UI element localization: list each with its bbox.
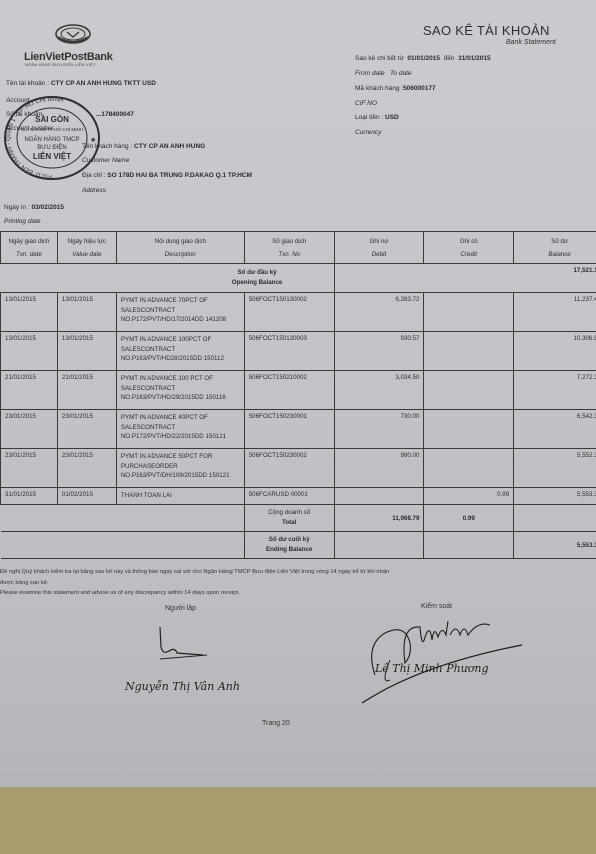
credit — [424, 449, 514, 488]
balance: 7,272.37 — [514, 371, 596, 410]
currency-label: Loại tiền : — [355, 114, 383, 121]
total-debit: 11,968.79 — [334, 505, 424, 532]
col-header-txn-no: Số giao dịchTxn. No — [244, 232, 334, 264]
credit — [424, 293, 514, 332]
note-vi-line1: Đề nghị Quý khách kiểm tra lại bảng sao … — [0, 569, 389, 575]
cif-label: CIF NO — [355, 100, 377, 107]
balance: 11,237.44 — [514, 293, 596, 332]
customer-id-line: Mã khách hàng :506000177 — [355, 85, 436, 92]
address-label-en: Address — [82, 187, 106, 194]
currency-line: Loại tiền : USD — [355, 114, 399, 121]
debit: 930.57 — [334, 332, 424, 371]
col-header-description: Nội dung giao dịchDescription — [116, 232, 244, 264]
col-header-debit: Ghi nợDebit — [334, 232, 424, 264]
print-date-line: Ngày in : 03/02/2015 — [4, 204, 64, 211]
address-value: SO 178D HAI BA TRUNG P.DAKAO Q.1 TP.HCM — [107, 172, 252, 179]
description: PYMT IN ADVANCE 100PCT OF SALESCONTRACT … — [116, 332, 244, 371]
currency-value: USD — [385, 114, 399, 121]
ending-balance-value: 5,553.36 — [514, 532, 596, 559]
value-date: 21/01/2015 — [57, 371, 116, 410]
txn-date: 13/01/2015 — [1, 332, 58, 371]
note-vi-line2: được bảng sao kê. — [0, 580, 49, 586]
txn-no: 506FOCT150130002 — [244, 293, 334, 332]
page-subtitle: Bank Statement — [506, 39, 556, 46]
account-name-value: CTY CP AN ANH HUNG TKTT USD — [51, 80, 156, 87]
preparer-name: Nguyễn Thị Vân Anh — [125, 680, 240, 693]
opening-balance-row: Số dư đầu kỳOpening Balance 17,521.16 — [1, 264, 596, 293]
period-label-en: From date To date — [355, 70, 412, 77]
currency-label-en: Currency — [355, 129, 381, 136]
description: PYMT IN ADVANCE 70PCT OF SALESCONTRACT N… — [116, 293, 244, 332]
table-row: 21/01/2015 21/01/2015 PYMT IN ADVANCE 10… — [1, 371, 596, 410]
description: PYMT IN ADVANCE 100 PCT OF SALESCONTRACT… — [116, 371, 244, 410]
value-date: 23/01/2015 — [57, 449, 116, 488]
debit: 990.00 — [334, 449, 424, 488]
period-from: 01/01/2015 — [407, 55, 440, 62]
col-header-credit: Ghi cóCredit — [424, 232, 514, 264]
period-to-word: đến — [444, 55, 455, 62]
svg-text:BƯU ĐIỆN: BƯU ĐIỆN — [37, 143, 66, 151]
total-row: Cộng doanh sốTotal 11,968.79 0.99 — [1, 505, 596, 532]
col-header-txn-date: Ngày giao dịchTxn. date — [1, 232, 58, 264]
debit: 6,283.72 — [334, 293, 424, 332]
txn-no: 506FOCT150230002 — [244, 449, 334, 488]
table-header-row: Ngày giao dịchTxn. date Ngày hiệu lựcVal… — [1, 232, 596, 264]
txn-no: 506FOCT150130003 — [244, 332, 334, 371]
txn-date: 13/01/2015 — [1, 293, 58, 332]
controller-signature-icon — [360, 615, 530, 705]
customer-name-value: CTY CP AN ANH HUNG — [134, 143, 205, 150]
print-date-label-en: Printing date — [4, 218, 41, 225]
transactions-table: Ngày giao dịchTxn. date Ngày hiệu lựcVal… — [0, 231, 596, 559]
account-name-line: Tên tài khoản : CTY CP AN ANH HUNG TKTT … — [6, 80, 156, 87]
preparer-signature-icon — [155, 625, 215, 665]
balance: 5,553.36 — [514, 488, 596, 505]
value-date: 13/01/2015 — [57, 332, 116, 371]
bank-tagline: NGÂN HÀNG BƯU ĐIỆN LIÊN VIỆT — [25, 62, 96, 67]
account-name-label: Tên tài khoản : — [6, 80, 49, 87]
controller-label: Kiểm soát — [421, 603, 452, 610]
statement-page: LienVietPostBank NGÂN HÀNG BƯU ĐIỆN LIÊN… — [0, 0, 596, 787]
description: PYMT IN ADVANCE 40PCT OF SALESCONTRACT N… — [116, 410, 244, 449]
debit: 730.00 — [334, 410, 424, 449]
balance: 10,306.87 — [514, 332, 596, 371]
address-line: Địa chỉ : SO 178D HAI BA TRUNG P.DAKAO Q… — [82, 172, 252, 179]
ending-balance-label: Số dư cuối kỳEnding Balance — [244, 532, 334, 559]
customer-id-value: 506000177 — [403, 85, 436, 92]
print-date-value: 03/02/2015 — [31, 204, 64, 211]
svg-text:CHI NHÁNH TP.HỒ CHÍ MINH: CHI NHÁNH TP.HỒ CHÍ MINH — [21, 126, 83, 132]
table-row: 13/01/2015 13/01/2015 PYMT IN ADVANCE 70… — [1, 293, 596, 332]
controller-name: Lê Thị Minh Phương — [375, 662, 489, 675]
total-label: Cộng doanh sốTotal — [244, 505, 334, 532]
customer-id-label: Mã khách hàng : — [355, 85, 403, 92]
period-to: 31/01/2015 — [458, 55, 491, 62]
page-number: Trang 20 — [262, 720, 290, 727]
note-en: Please examine this statement and advise… — [0, 590, 240, 596]
txn-no: 506FCARUSD 00001 — [244, 488, 334, 505]
svg-text:LIÊN VIỆT: LIÊN VIỆT — [33, 152, 71, 161]
txn-no: 506FOCT150210002 — [244, 371, 334, 410]
opening-balance-value: 17,521.16 — [334, 264, 596, 293]
credit — [424, 332, 514, 371]
total-credit: 0.99 — [424, 505, 514, 532]
value-date: 01/02/2015 — [57, 488, 116, 505]
period-label: Sao kê chi tiết từ — [355, 55, 404, 62]
svg-text:NGÂN HÀNG TMCP: NGÂN HÀNG TMCP — [25, 136, 80, 143]
txn-date: 23/01/2015 — [1, 449, 58, 488]
balance: 5,552.37 — [514, 449, 596, 488]
period-line: Sao kê chi tiết từ 01/01/2015 đến 31/01/… — [355, 55, 491, 62]
value-date: 13/01/2015 — [57, 293, 116, 332]
col-header-balance: Số dưBalance — [514, 232, 596, 264]
description: PYMT IN ADVANCE 50PCT FOR PURCHASEORDER … — [116, 449, 244, 488]
credit — [424, 371, 514, 410]
preparer-label: Người lập — [165, 605, 196, 612]
table-row: 23/01/2015 23/01/2015 PYMT IN ADVANCE 40… — [1, 410, 596, 449]
balance: 6,542.37 — [514, 410, 596, 449]
table-row: 31/01/2015 01/02/2015 THANH TOAN LAI 506… — [1, 488, 596, 505]
print-date-label: Ngày in : — [4, 204, 30, 211]
table-row: 13/01/2015 13/01/2015 PYMT IN ADVANCE 10… — [1, 332, 596, 371]
svg-text:★: ★ — [90, 136, 96, 144]
debit: 3,034.50 — [334, 371, 424, 410]
ending-balance-row: Số dư cuối kỳEnding Balance 5,553.36 — [1, 532, 596, 559]
debit — [334, 488, 424, 505]
official-stamp-icon: P.G.D. BẾN THÀNH - QUẬN 1 - TP. HỒ CHÍ M… — [2, 95, 102, 181]
table-row: 23/01/2015 23/01/2015 PYMT IN ADVANCE 50… — [1, 449, 596, 488]
txn-date: 21/01/2015 — [1, 371, 58, 410]
bank-emblem-icon — [54, 23, 92, 45]
txn-date: 31/01/2015 — [1, 488, 58, 505]
credit: 0.99 — [424, 488, 514, 505]
credit — [424, 410, 514, 449]
svg-text:SÀI GÒN: SÀI GÒN — [35, 115, 69, 124]
opening-balance-label: Số dư đầu kỳOpening Balance — [1, 264, 335, 293]
value-date: 23/01/2015 — [57, 410, 116, 449]
page-title: SAO KÊ TÀI KHOẢN — [423, 23, 550, 38]
col-header-value-date: Ngày hiệu lựcValue date — [57, 232, 116, 264]
txn-no: 506FOCT150230001 — [244, 410, 334, 449]
description: THANH TOAN LAI — [116, 488, 244, 505]
txn-date: 23/01/2015 — [1, 410, 58, 449]
